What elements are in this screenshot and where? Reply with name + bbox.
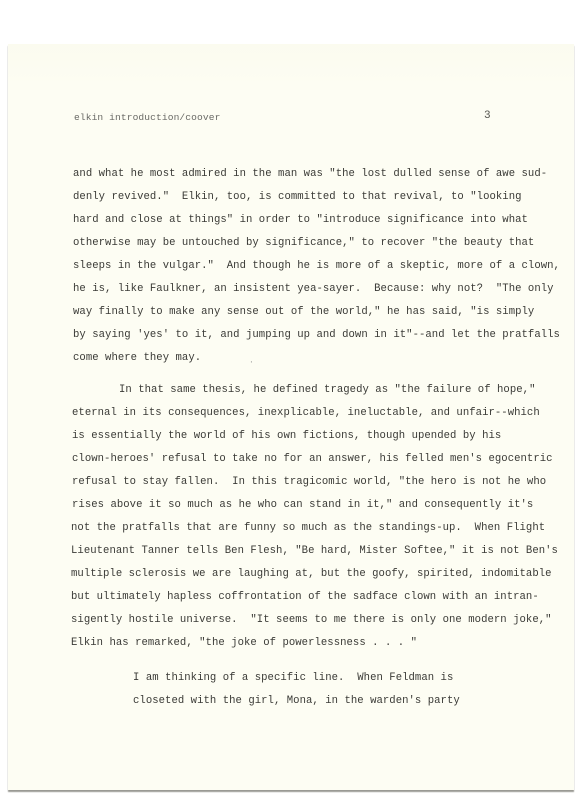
text-line: hard and close at things" in order to "i… xyxy=(73,214,528,226)
text-line: Elkin has remarked, "the joke of powerle… xyxy=(71,637,417,649)
page-number: 3 xyxy=(484,110,491,122)
typewritten-page: elkin introduction/coover 3 and what he … xyxy=(8,44,574,790)
text-line: way finally to make any sense out of the… xyxy=(73,306,534,318)
text-line: not the pratfalls that are funny so much… xyxy=(71,522,545,534)
text-line: rises above it so much as he who can sta… xyxy=(72,499,533,511)
text-line: he is, like Faulkner, an insistent yea-s… xyxy=(73,283,554,295)
stray-dot: · xyxy=(249,358,254,367)
text-line: by saying 'yes' to it, and jumping up an… xyxy=(73,329,560,341)
text-line: clown-heroes' refusal to take no for an … xyxy=(72,453,553,465)
text-line: eternal in its consequences, inexplicabl… xyxy=(72,407,540,419)
text-line: otherwise may be untouched by significan… xyxy=(73,237,534,249)
text-line: refusal to stay fallen. In this tragicom… xyxy=(72,476,546,488)
text-line: but ultimately hapless coffrontation of … xyxy=(71,591,539,603)
text-line: closeted with the girl, Mona, in the war… xyxy=(133,695,460,707)
text-line: multiple sclerosis we are laughing at, b… xyxy=(71,568,552,580)
text-line: In that same thesis, he defined tragedy … xyxy=(119,384,535,396)
text-line: sigently hostile universe. "It seems to … xyxy=(71,614,552,626)
text-line: I am thinking of a specific line. When F… xyxy=(133,672,453,684)
text-line: sleeps in the vulgar." And though he is … xyxy=(73,260,560,272)
text-line: denly revived." Elkin, too, is committed… xyxy=(73,191,522,203)
text-line: and what he most admired in the man was … xyxy=(73,168,547,180)
running-header: elkin introduction/coover xyxy=(74,112,220,123)
text-line: is essentially the world of his own fict… xyxy=(72,430,501,442)
text-line: come where they may. xyxy=(73,352,201,364)
text-line: Lieutenant Tanner tells Ben Flesh, "Be h… xyxy=(71,545,558,557)
